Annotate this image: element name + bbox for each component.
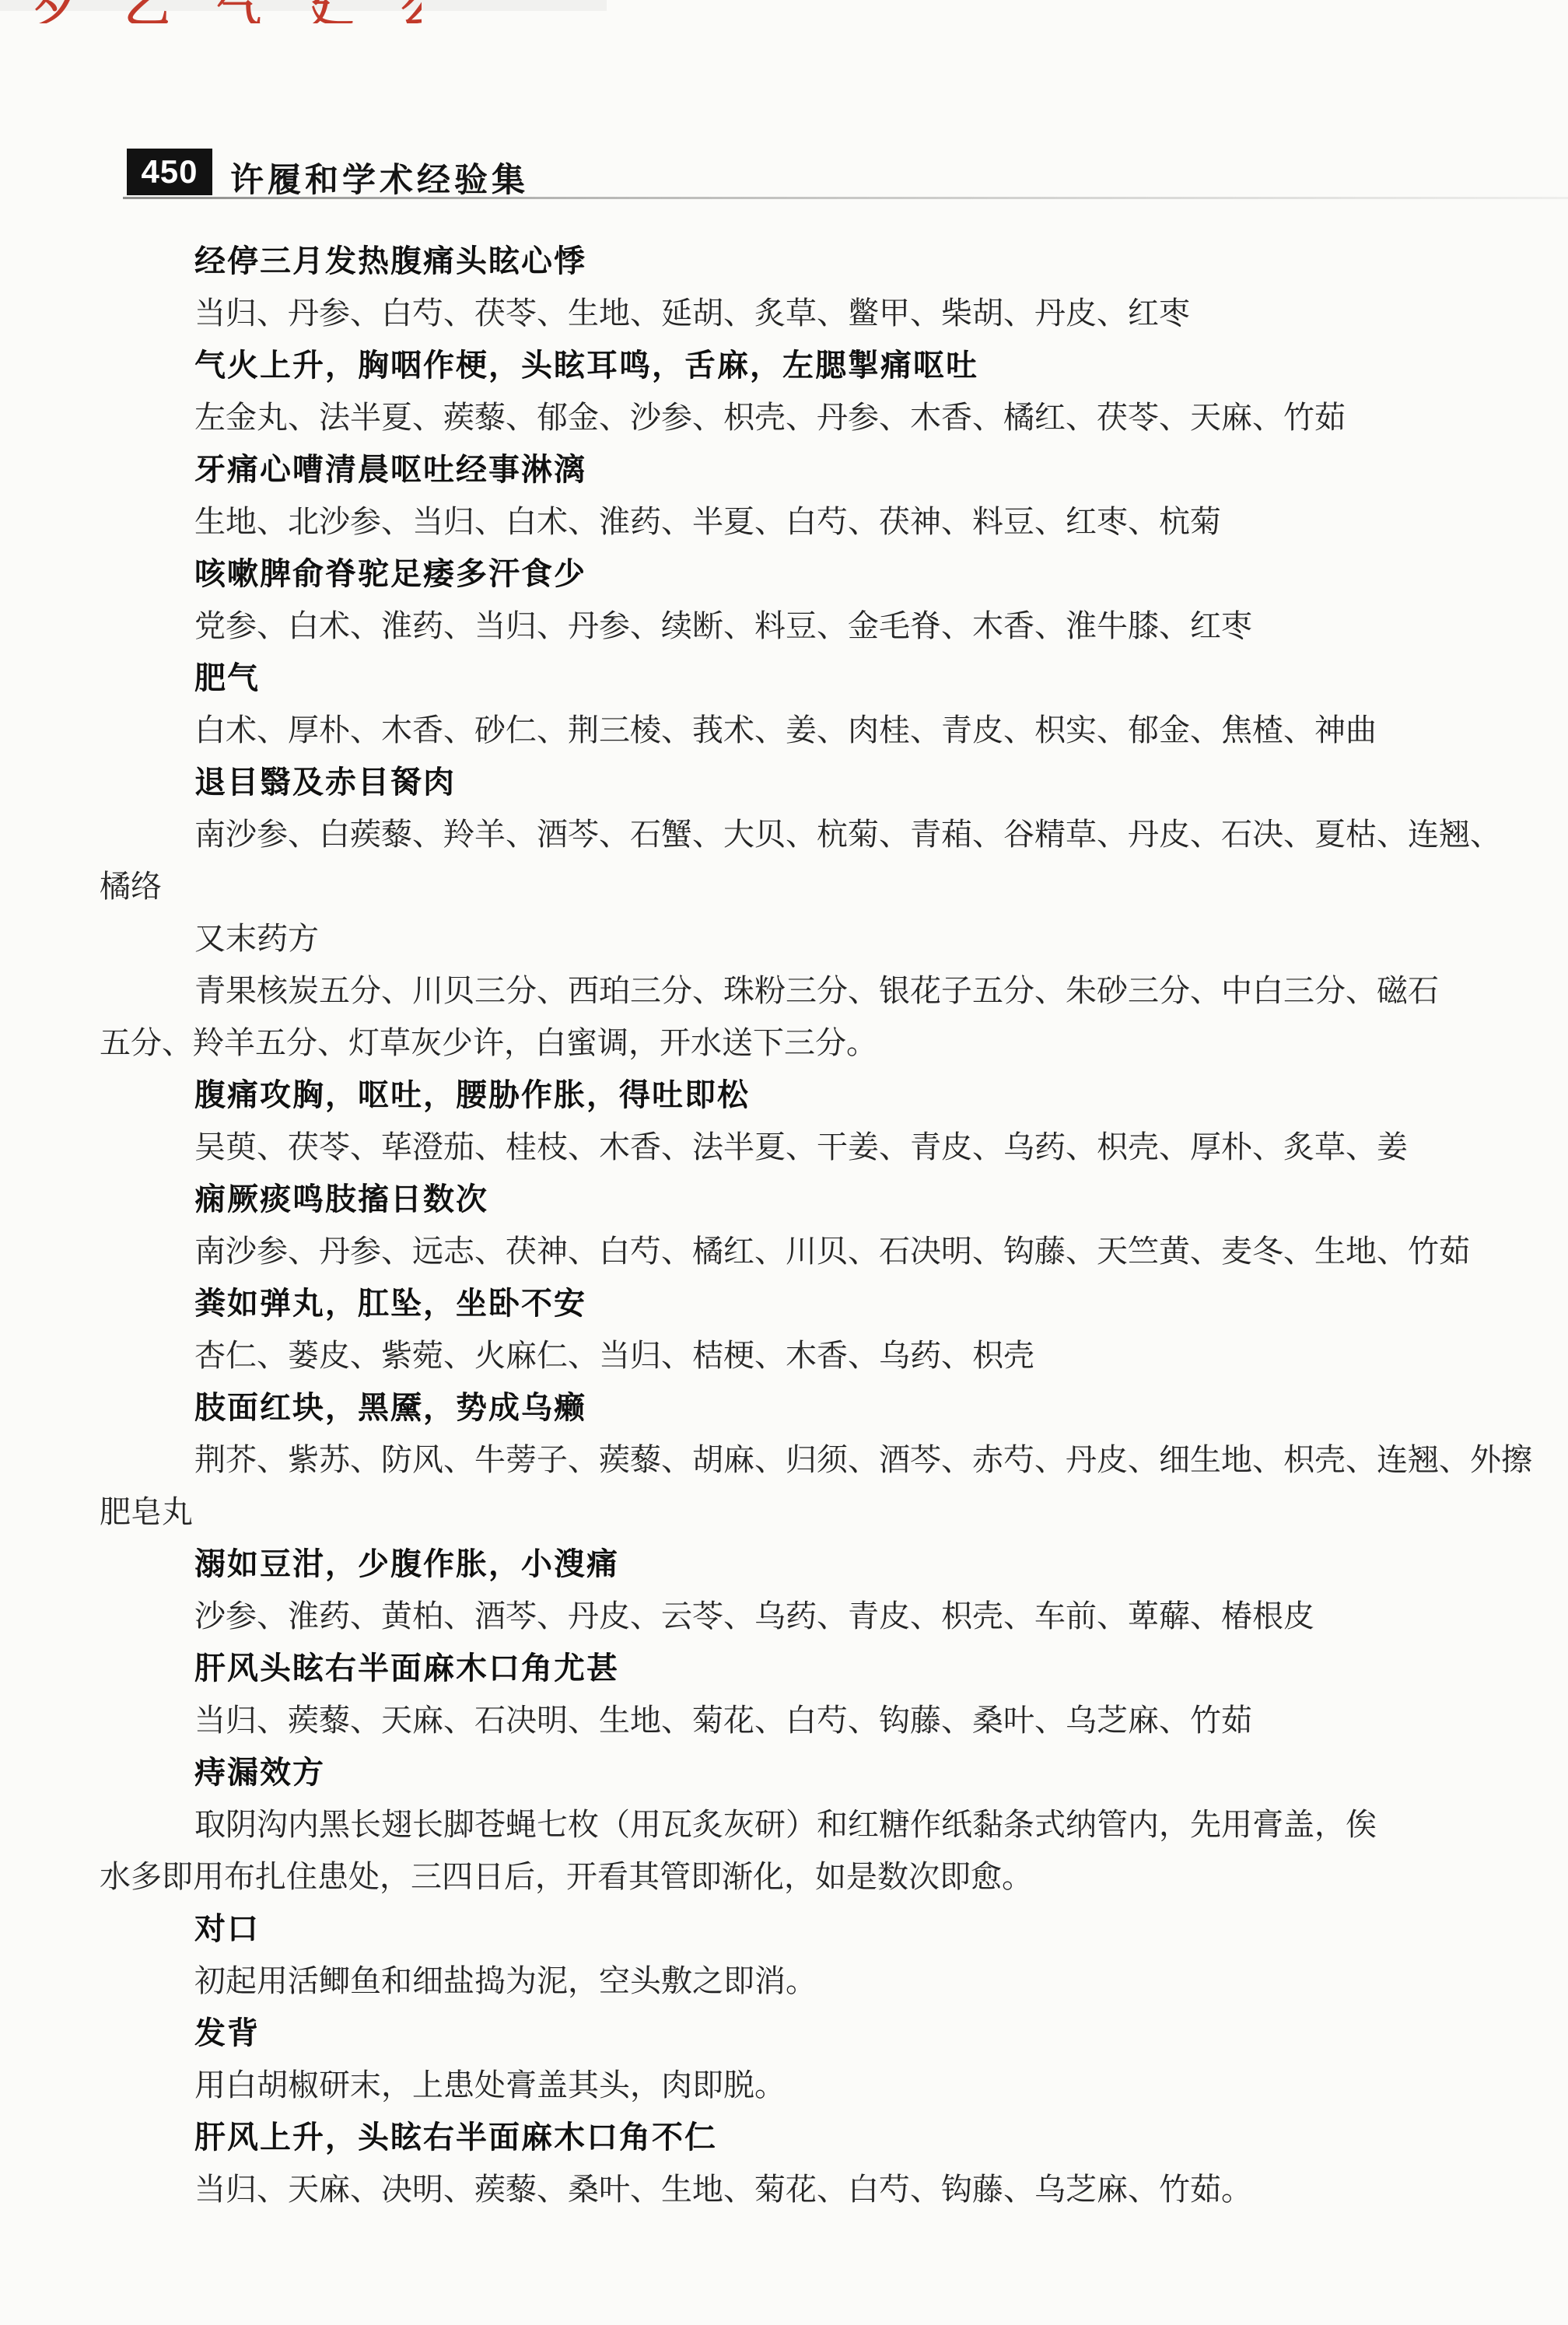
text-line: 当归、丹参、白芍、茯苓、生地、延胡、炙草、鳖甲、柴胡、丹皮、红枣 bbox=[100, 288, 1568, 340]
text-line: 五分、羚羊五分、灯草灰少许，白蜜调，开水送下三分。 bbox=[100, 1017, 1568, 1070]
text-line: 南沙参、白蒺藜、羚羊、酒芩、石蟹、大贝、杭菊、青葙、谷精草、丹皮、石决、夏枯、连… bbox=[100, 809, 1568, 861]
section-heading: 腹痛攻胸，呕吐，腰胁作胀，得吐即松 bbox=[100, 1070, 1568, 1122]
header-rule bbox=[123, 197, 1568, 199]
section-heading: 肢面红块，黑黡，势成乌癞 bbox=[100, 1382, 1568, 1434]
text-line: 当归、蒺藜、天麻、石决明、生地、菊花、白芍、钩藤、桑叶、乌芝麻、竹茹 bbox=[100, 1695, 1568, 1747]
section-heading: 肝风头眩右半面麻木口角尤甚 bbox=[100, 1643, 1568, 1695]
text-line: 左金丸、法半夏、蒺藜、郁金、沙参、枳壳、丹参、木香、橘红、茯苓、天麻、竹茹 bbox=[100, 392, 1568, 444]
text-line: 用白胡椒研末，上患处膏盖其头，肉即脱。 bbox=[100, 2060, 1568, 2112]
scan-artifact-band bbox=[0, 0, 607, 11]
text-line: 初起用活鲫鱼和细盐捣为泥，空头敷之即消。 bbox=[100, 1956, 1568, 2008]
text-line: 吴萸、茯苓、荜澄茄、桂枝、木香、法半夏、干姜、青皮、乌药、枳壳、厚朴、炙草、姜 bbox=[100, 1122, 1568, 1174]
running-head-book-title: 许履和学术经验集 bbox=[230, 154, 529, 201]
text-line: 荆芥、紫苏、防风、牛蒡子、蒺藜、胡麻、归须、酒芩、赤芍、丹皮、细生地、枳壳、连翘… bbox=[100, 1434, 1568, 1486]
text-line: 当归、天麻、决明、蒺藜、桑叶、生地、菊花、白芍、钩藤、乌芝麻、竹茹。 bbox=[100, 2164, 1568, 2216]
page-number: 450 bbox=[141, 153, 198, 191]
section-heading: 咳嗽脾俞脊驼足痿多汗食少 bbox=[100, 548, 1568, 601]
text-line: 南沙参、丹参、远志、茯神、白芍、橘红、川贝、石决明、钩藤、天竺黄、麦冬、生地、竹… bbox=[100, 1226, 1568, 1278]
text-line: 取阴沟内黑长翅长脚苍蝇七枚（用瓦炙灰研）和红糖作纸黏条式纳管内，先用膏盖，俟 bbox=[100, 1799, 1568, 1851]
section-heading: 对口 bbox=[100, 1903, 1568, 1956]
text-line: 青果核炭五分、川贝三分、西珀三分、珠粉三分、银花子五分、朱砂三分、中白三分、磁石 bbox=[100, 965, 1568, 1017]
section-heading: 痫厥痰鸣肢搐日数次 bbox=[100, 1174, 1568, 1226]
text-line: 杏仁、蒌皮、紫菀、火麻仁、当归、桔梗、木香、乌药、枳壳 bbox=[100, 1330, 1568, 1382]
section-heading: 肝风上升，头眩右半面麻木口角不仁 bbox=[100, 2112, 1568, 2164]
section-heading: 肥气 bbox=[100, 653, 1568, 705]
text-line: 生地、北沙参、当归、白术、淮药、半夏、白芍、茯神、料豆、红枣、杭菊 bbox=[100, 496, 1568, 548]
section-heading: 粪如弹丸，肛坠，坐卧不安 bbox=[100, 1278, 1568, 1330]
text-line: 橘络 bbox=[100, 861, 1568, 913]
section-heading: 溺如豆泔，少腹作胀，小溲痛 bbox=[100, 1539, 1568, 1591]
book-page: 夕 乙 气 廴 么 丈 450 许履和学术经验集 经停三月发热腹痛头眩心悸当归、… bbox=[0, 0, 1568, 2325]
section-heading: 发背 bbox=[100, 2008, 1568, 2060]
section-heading: 气火上升，胸咽作梗，头眩耳鸣，舌麻，左腮掣痛呕吐 bbox=[100, 340, 1568, 392]
section-heading: 牙痛心嘈清晨呕吐经事淋漓 bbox=[100, 444, 1568, 496]
content: 经停三月发热腹痛头眩心悸当归、丹参、白芍、茯苓、生地、延胡、炙草、鳖甲、柴胡、丹… bbox=[0, 236, 1568, 2216]
text-line: 白术、厚朴、木香、砂仁、荆三棱、莪术、姜、肉桂、青皮、枳实、郁金、焦楂、神曲 bbox=[100, 705, 1568, 757]
section-heading: 痔漏效方 bbox=[100, 1747, 1568, 1799]
text-line: 沙参、淮药、黄柏、酒芩、丹皮、云苓、乌药、青皮、枳壳、车前、萆薢、椿根皮 bbox=[100, 1591, 1568, 1643]
page-number-box: 450 bbox=[127, 149, 212, 195]
text-line: 又末药方 bbox=[100, 913, 1568, 965]
text-line: 肥皂丸 bbox=[100, 1486, 1568, 1539]
text-line: 水多即用布扎住患处，三四日后，开看其管即渐化，如是数次即愈。 bbox=[100, 1851, 1568, 1903]
section-heading: 退目翳及赤目胬肉 bbox=[100, 757, 1568, 809]
section-heading: 经停三月发热腹痛头眩心悸 bbox=[100, 236, 1568, 288]
text-line: 党参、白术、淮药、当归、丹参、续断、料豆、金毛脊、木香、淮牛膝、红枣 bbox=[100, 601, 1568, 653]
